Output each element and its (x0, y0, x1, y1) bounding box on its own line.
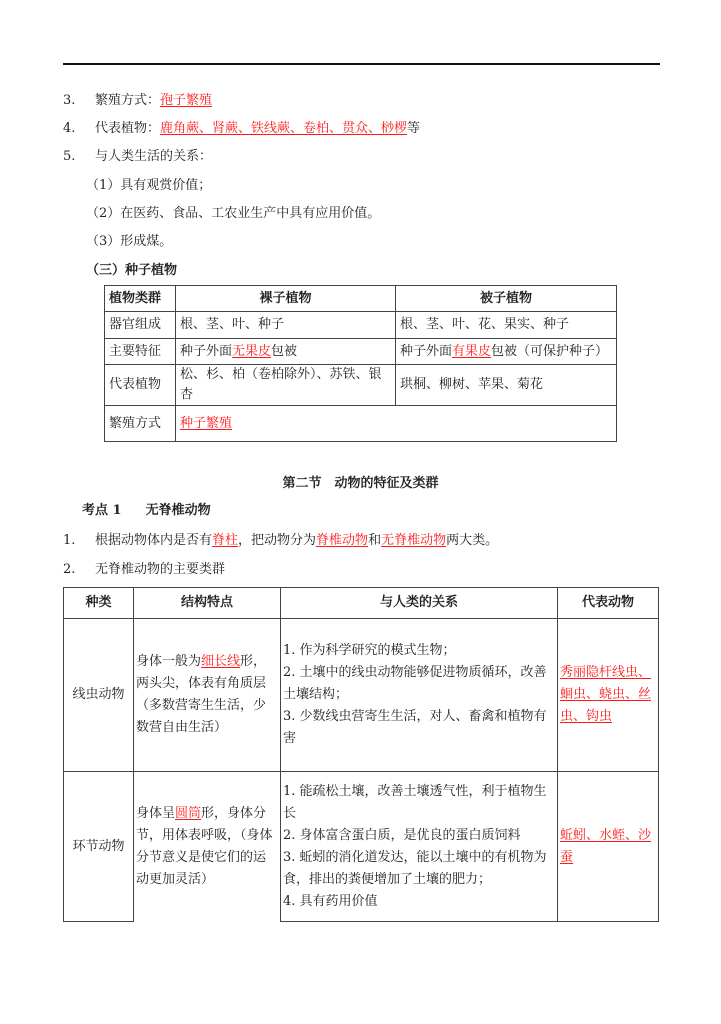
cell: 种子繁殖 (176, 406, 617, 442)
table-header-row: 植物类群 裸子植物 被子植物 (105, 286, 617, 312)
structure-cell: 身体一般为细长线形，两头尖，体表有角质层（多数营寄生生活，少数营自由生活） (134, 619, 281, 772)
cell: 根、茎、叶、花、果实、种子 (396, 312, 617, 339)
cell: 种子外面有果皮包被（可保护种子） (396, 339, 617, 365)
header-rule (63, 63, 660, 65)
table-row: 代表植物 松、杉、柏（卷柏除外）、苏铁、银杏 珙桐、柳树、苹果、菊花 (105, 365, 617, 406)
relation-cell: 1. 能疏松土壤，改善土壤透气性，利于植物生长 2. 身体富含蛋白质，是优良的蛋… (281, 772, 558, 922)
highlight-text: 无果皮 (232, 344, 271, 359)
cell: 种子外面无果皮包被 (176, 339, 396, 365)
header-cell: 裸子植物 (176, 286, 396, 312)
highlight-text: 蚯蚓、水蛭、沙蚕 (560, 828, 651, 865)
header-cell: 结构特点 (134, 588, 281, 619)
header-cell: 与人类的关系 (281, 588, 558, 619)
table-row: 主要特征 种子外面无果皮包被 种子外面有果皮包被（可保护种子） (105, 339, 617, 365)
row-label: 代表植物 (105, 365, 176, 406)
highlight-text: 脊椎动物 (316, 533, 368, 548)
category-cell: 线虫动物 (64, 619, 134, 772)
seed-plants-heading: （三）种子植物 (86, 262, 177, 280)
section-title: 第二节 动物的特征及类群 (0, 475, 721, 493)
header-cell: 代表动物 (558, 588, 659, 619)
highlight-text: 脊柱 (212, 533, 238, 548)
fern-item-reproduction: 3.繁殖方式：孢子繁殖 (63, 92, 212, 110)
invertebrate-table: 种类 结构特点 与人类的关系 代表动物 线虫动物 身体一般为细长线形，两头尖，体… (63, 587, 659, 922)
highlight-text: 细长线 (201, 654, 240, 669)
examples-cell: 秀丽隐杆线虫、蛔虫、蛲虫、丝虫、钩虫 (558, 619, 659, 772)
highlight-text: 圆筒 (175, 806, 201, 821)
animal-item-1: 1.根据动物体内是否有脊柱，把动物分为脊椎动物和无脊椎动物两大类。 (63, 532, 498, 550)
highlight-text: 有果皮 (452, 344, 491, 359)
fern-relation-2: （2）在医药、食品、工农业生产中具有应用价值。 (86, 205, 380, 223)
header-cell: 种类 (64, 588, 134, 619)
row-label: 主要特征 (105, 339, 176, 365)
topic-heading: 考点 1无脊椎动物 (82, 502, 211, 520)
fern-item-relations: 5.与人类生活的关系： (63, 148, 212, 166)
seed-plant-table: 植物类群 裸子植物 被子植物 器官组成 根、茎、叶、种子 根、茎、叶、花、果实、… (104, 285, 617, 442)
table-row: 器官组成 根、茎、叶、种子 根、茎、叶、花、果实、种子 (105, 312, 617, 339)
fern-relation-1: （1）具有观赏价值； (86, 177, 211, 195)
row-label: 繁殖方式 (105, 406, 176, 442)
fern-item-representatives: 4.代表植物：鹿角蕨、肾蕨、铁线蕨、卷柏、贯众、桫椤等 (63, 120, 420, 138)
table-row: 线虫动物 身体一般为细长线形，两头尖，体表有角质层（多数营寄生生活，少数营自由生… (64, 619, 659, 772)
table-row: 繁殖方式 种子繁殖 (105, 406, 617, 442)
table-row: 环节动物 身体呈圆筒形，身体分节，用体表呼吸，（身体分节意义是使它们的运动更加灵… (64, 772, 659, 922)
header-cell: 被子植物 (396, 286, 617, 312)
category-cell: 环节动物 (64, 772, 134, 922)
cell: 松、杉、柏（卷柏除外）、苏铁、银杏 (176, 365, 396, 406)
highlight-text: 鹿角蕨、肾蕨、铁线蕨、卷柏、贯众、桫椤 (160, 121, 407, 136)
relation-cell: 1. 作为科学研究的模式生物； 2. 土壤中的线虫动物能够促进物质循环，改善土壤… (281, 619, 558, 772)
highlight-text: 孢子繁殖 (160, 93, 212, 108)
table-header-row: 种类 结构特点 与人类的关系 代表动物 (64, 588, 659, 619)
cell: 根、茎、叶、种子 (176, 312, 396, 339)
row-label: 器官组成 (105, 312, 176, 339)
animal-item-2: 2.无脊椎动物的主要类群 (63, 561, 225, 579)
structure-cell: 身体呈圆筒形，身体分节，用体表呼吸，（身体分节意义是使它们的运动更加灵活） (134, 772, 281, 922)
header-cell: 植物类群 (105, 286, 176, 312)
highlight-text: 秀丽隐杆线虫、蛔虫、蛲虫、丝虫、钩虫 (560, 665, 651, 724)
fern-relation-3: （3）形成煤。 (86, 233, 172, 251)
cell: 珙桐、柳树、苹果、菊花 (396, 365, 617, 406)
highlight-text: 无脊椎动物 (381, 533, 446, 548)
examples-cell: 蚯蚓、水蛭、沙蚕 (558, 772, 659, 922)
highlight-text: 种子繁殖 (180, 416, 232, 431)
